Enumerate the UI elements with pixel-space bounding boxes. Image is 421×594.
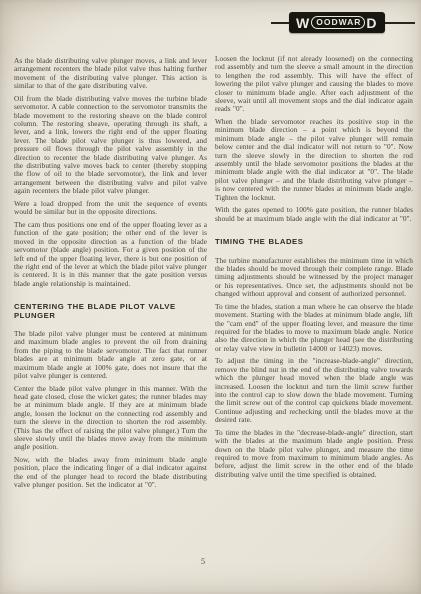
paragraph: When the blade servomotor reaches its po… <box>215 118 413 202</box>
right-column: Loosen the locknut (if not already loose… <box>215 55 413 483</box>
paragraph: To time the blades in the "decrease-blad… <box>215 429 413 479</box>
left-column: As the blade distributing valve plunger … <box>14 57 207 494</box>
section-heading-centering: CENTERING THE BLADE PILOT VALVE PLUNGER <box>14 303 207 320</box>
paragraph: With the gates opened to 100% gate posit… <box>215 206 413 223</box>
paragraph: The cam thus positions one end of the up… <box>14 221 207 288</box>
logo-rule-left <box>271 22 289 24</box>
paragraph: Center the blade pilot valve plunger in … <box>14 385 207 452</box>
logo-rule-right <box>385 22 415 24</box>
page-number: 5 <box>196 557 210 566</box>
logo-letter-w: W <box>296 16 310 30</box>
logo-letter-d: D <box>366 16 377 30</box>
section-heading-timing: TIMING THE BLADES <box>215 238 413 246</box>
paragraph: To adjust the timing in the "increase-bl… <box>215 357 413 424</box>
paragraph: Now, with the blades away from minimum b… <box>14 456 207 490</box>
paragraph: The turbine manufacturer establishes the… <box>215 257 413 299</box>
paragraph: The blade pilot valve plunger must be ce… <box>14 330 207 380</box>
manual-page: WOODWARD As the blade distributing valve… <box>0 0 421 594</box>
logo-letters-mid: OODWAR <box>311 16 365 29</box>
woodward-logo: WOODWARD <box>271 11 415 34</box>
paragraph: Oil from the blade distributing valve mo… <box>14 95 207 196</box>
woodward-logo-box: WOODWARD <box>289 12 385 33</box>
paragraph: To time the blades, station a man where … <box>215 303 413 353</box>
paragraph: As the blade distributing valve plunger … <box>14 57 207 91</box>
paragraph: Loosen the locknut (if not already loose… <box>215 55 413 114</box>
paragraph: Were a load dropped from the unit the se… <box>14 200 207 217</box>
